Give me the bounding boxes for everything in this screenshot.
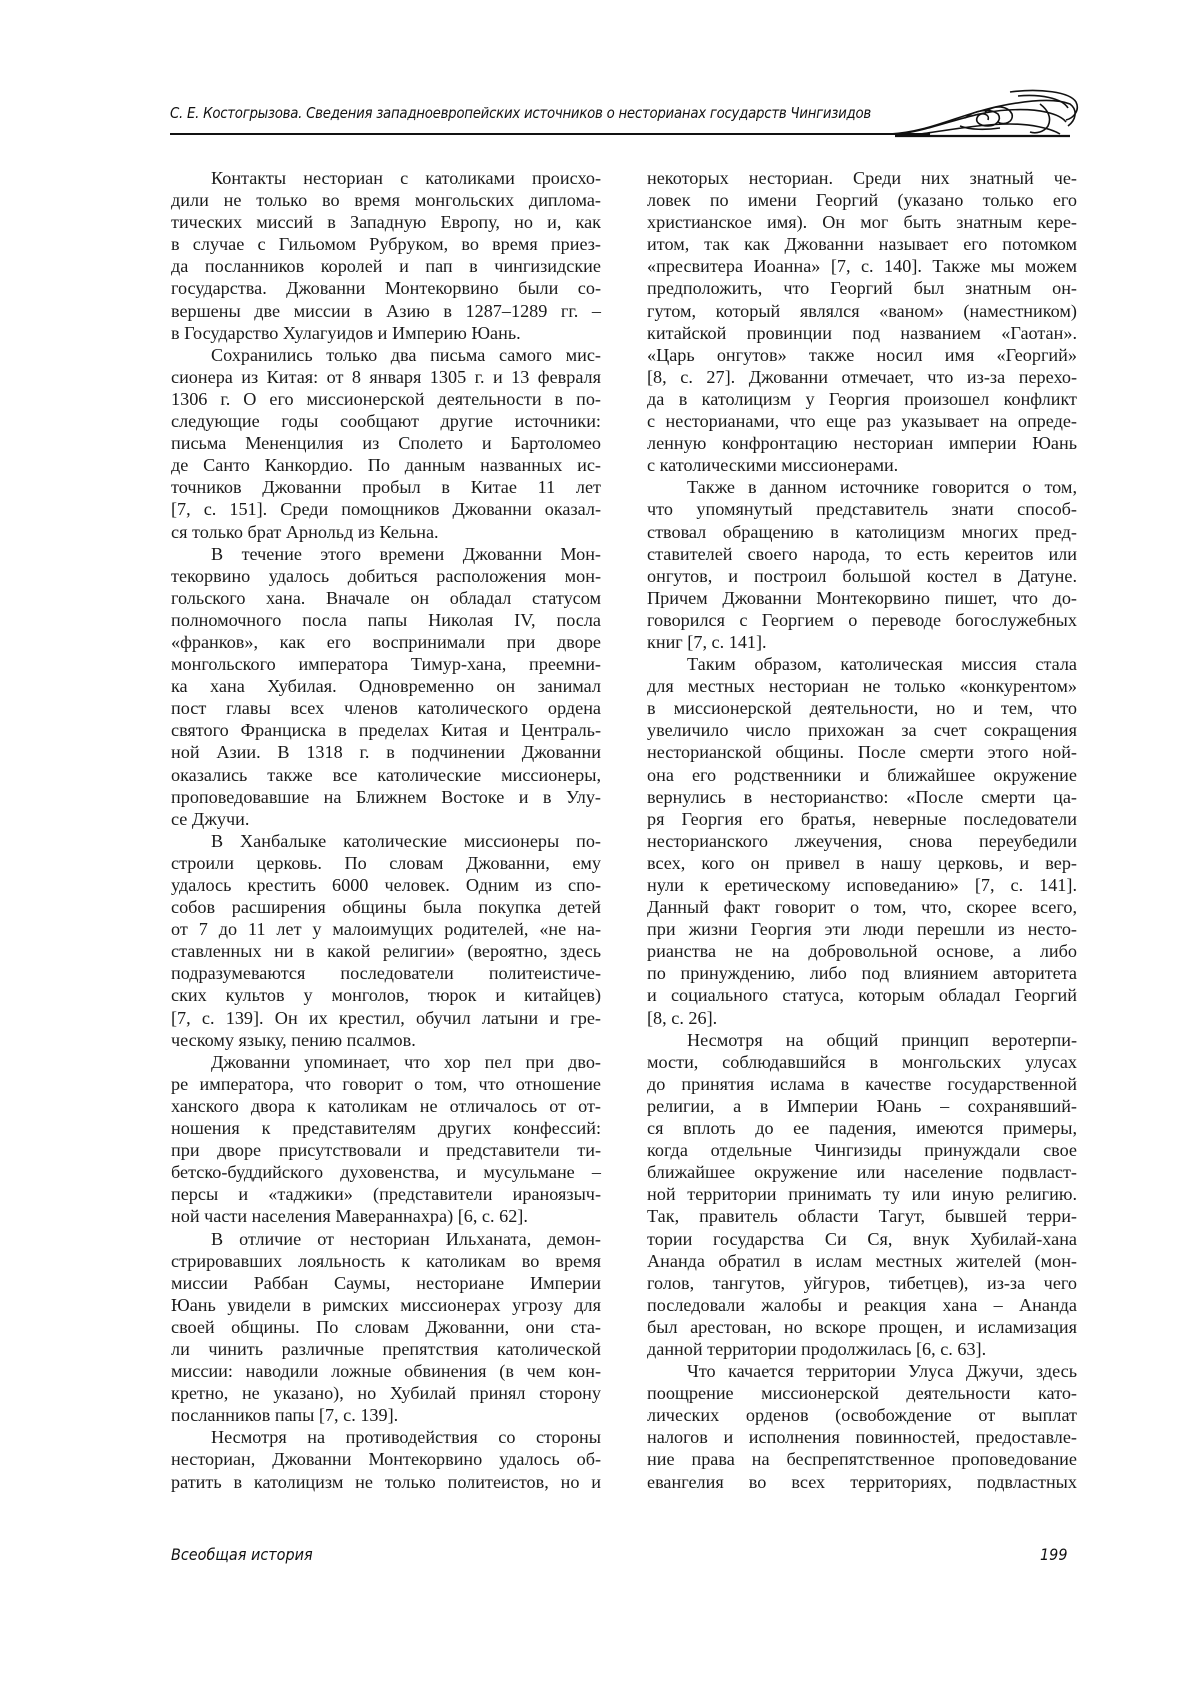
running-header: С. Е. Костогрызова. Сведения западноевро…	[170, 96, 1070, 136]
text-line: дили не только во время монгольских дипл…	[171, 189, 601, 211]
text-line: гольского хана. Вначале он обладал стату…	[171, 587, 601, 609]
text-line: ческому языку, пению псалмов.	[171, 1029, 601, 1051]
text-line: [7, с. 139]. Он их крестил, обучил латын…	[171, 1007, 601, 1029]
text-line: [8, с. 27]. Джованни отмечает, что из-за…	[647, 366, 1077, 388]
paragraph-first-line: Сохранились только два письма самого мис…	[171, 344, 601, 366]
text-line: несторианской общины. После смерти этого…	[647, 741, 1077, 763]
text-line: христианское имя). Он мог быть знатным к…	[647, 211, 1077, 233]
text-line: итом, так как Джованни называет его пото…	[647, 233, 1077, 255]
text-line: с несторианами, что еще раз указывает на…	[647, 410, 1077, 432]
text-line: вернулись в несторианство: «После смерти…	[647, 786, 1077, 808]
text-line: был арестован, но вскоре прощен, и ислам…	[647, 1316, 1077, 1338]
text-line: государства. Джованни Монтекорвино были …	[171, 277, 601, 299]
text-line: ря Георгия его братья, неверные последов…	[647, 808, 1077, 830]
paragraph-first-line: Также в данном источнике говорится о том…	[647, 476, 1077, 498]
text-line: несториан, Джованни Монтекорвино удалось…	[171, 1448, 601, 1470]
text-line: лических орденов (освобождение от выплат	[647, 1404, 1077, 1426]
paragraph-first-line: Контакты несториан с католиками происхо-	[171, 167, 601, 189]
text-line: святого Франциска в пределах Китая и Цен…	[171, 719, 601, 741]
text-line: сионера из Китая: от 8 января 1305 г. и …	[171, 366, 601, 388]
text-line: Данный факт говорит о том, что, скорее в…	[647, 896, 1077, 918]
text-line: миссии: наводили ложные обвинения (в чем…	[171, 1360, 601, 1382]
text-line: пост главы всех членов католического орд…	[171, 697, 601, 719]
text-line: последовали жалобы и реакция хана – Анан…	[647, 1294, 1077, 1316]
text-line: мости, соблюдавшийся в монгольских улуса…	[647, 1051, 1077, 1073]
text-line: се Джучи.	[171, 808, 601, 830]
text-line: удалось крестить 6000 человек. Одним из …	[171, 874, 601, 896]
text-line: в случае с Гильомом Рубруком, во время п…	[171, 233, 601, 255]
text-line: с католическими миссионерами.	[647, 454, 1077, 476]
text-line: Причем Джованни Монтекорвино пишет, что …	[647, 587, 1077, 609]
text-line: несторианского лжеучения, снова переубед…	[647, 830, 1077, 852]
paragraph-first-line: В течение этого времени Джованни Мон-	[171, 543, 601, 565]
text-line: ной Азии. В 1318 г. в подчинении Джованн…	[171, 741, 601, 763]
text-line: и социального статуса, которым обладал Г…	[647, 984, 1077, 1006]
text-line: увеличило число прихожан за счет сокраще…	[647, 719, 1077, 741]
text-line: ставленных ни в какой религии» (вероятно…	[171, 940, 601, 962]
paragraph-first-line: Несмотря на противодействия со стороны	[171, 1426, 601, 1448]
text-line: для местных несториан не только «конкуре…	[647, 675, 1077, 697]
paragraph-first-line: Таким образом, католическая миссия стала	[647, 653, 1077, 675]
text-line: [8, с. 26].	[647, 1007, 1077, 1029]
text-line: до принятия ислама в качестве государств…	[647, 1073, 1077, 1095]
text-line: от 7 до 11 лет у малоимущих родителей, «…	[171, 918, 601, 940]
text-line: Ананда обратил в ислам местных жителей (…	[647, 1250, 1077, 1272]
text-line: ствовал обращению в католицизм многих пр…	[647, 521, 1077, 543]
text-line: нули к еретическому исповеданию» [7, с. …	[647, 874, 1077, 896]
text-line: ближайшее окружение или население подвла…	[647, 1161, 1077, 1183]
text-line: ся только брат Арнольд из Кельна.	[171, 521, 601, 543]
text-line: говорился с Георгием о переводе богослуж…	[647, 609, 1077, 631]
text-line: ставителей своего народа, то есть кереит…	[647, 543, 1077, 565]
paragraph-first-line: Что качается территории Улуса Джучи, зде…	[647, 1360, 1077, 1382]
text-line: собов расширения общины была покупка дет…	[171, 896, 601, 918]
text-line: своей общины. По словам Джованни, они ст…	[171, 1316, 601, 1338]
text-line: ли чинить различные препятствия католиче…	[171, 1338, 601, 1360]
text-line: евангелия во всех территориях, подвластн…	[647, 1471, 1077, 1493]
text-line: данной территории продолжилась [6, с. 63…	[647, 1338, 1077, 1360]
text-line: ловек по имени Георгий (указано только е…	[647, 189, 1077, 211]
text-line: ной территории принимать ту или иную рел…	[647, 1183, 1077, 1205]
text-line: бетско-буддийского духовенства, и мусуль…	[171, 1161, 601, 1183]
text-line: ленную конфронтацию несториан империи Юа…	[647, 432, 1077, 454]
text-line: гутом, который являлся «ваном» (наместни…	[647, 300, 1077, 322]
text-column-left: Контакты несториан с католиками происхо-…	[171, 167, 601, 1493]
text-line: тории государства Си Ся, внук Хубилай-ха…	[647, 1228, 1077, 1250]
text-line: текорвино удалось добиться расположения …	[171, 565, 601, 587]
text-line: ся вплоть до ее падения, имеются примеры…	[647, 1117, 1077, 1139]
text-line: «пресвитера Иоанна» [7, с. 140]. Также м…	[647, 255, 1077, 277]
text-line: тических миссий в Западную Европу, но и,…	[171, 211, 601, 233]
text-line: поощрение миссионерской деятельности кат…	[647, 1382, 1077, 1404]
text-line: рианства не на добровольной основе, а ли…	[647, 940, 1077, 962]
journal-page: С. Е. Костогрызова. Сведения западноевро…	[0, 0, 1200, 1697]
text-column-right: некоторых несториан. Среди них знатный ч…	[647, 167, 1077, 1493]
paragraph-first-line: В Ханбалыке католические миссионеры по-	[171, 830, 601, 852]
text-line: вершены две миссии в Азию в 1287–1289 гг…	[171, 300, 601, 322]
text-line: персы и «таджики» (представители иранояз…	[171, 1183, 601, 1205]
text-line: кретно, не указано), но Хубилай принял с…	[171, 1382, 601, 1404]
art-nouveau-ornament-icon	[890, 84, 1080, 138]
text-line: ношения к представителям других конфесси…	[171, 1117, 601, 1139]
journal-name: Всеобщая история	[171, 1545, 313, 1564]
text-line: религии, а в Империи Юань – сохранявший-	[647, 1095, 1077, 1117]
text-line: де Санто Канкордио. По данным названных …	[171, 454, 601, 476]
text-line: 1306 г. О его миссионерской деятельности…	[171, 388, 601, 410]
text-line: полномочного посла папы Николая IV, посл…	[171, 609, 601, 631]
text-line: при жизни Георгия эти люди перешли из не…	[647, 918, 1077, 940]
text-line: некоторых несториан. Среди них знатный ч…	[647, 167, 1077, 189]
text-line: оказались также все католические миссион…	[171, 764, 601, 786]
text-line: проповедовавшие на Ближнем Востоке и в У…	[171, 786, 601, 808]
text-line: подразумеваются последователи политеисти…	[171, 962, 601, 984]
text-line: ние права на беспрепятственное проповедо…	[647, 1448, 1077, 1470]
text-line: строили церковь. По словам Джованни, ему	[171, 852, 601, 874]
text-line: всех, кого он привел в нашу церковь, и в…	[647, 852, 1077, 874]
text-line: в миссионерской деятельности, но и тем, …	[647, 697, 1077, 719]
text-line: когда отдельные Чингизиды принуждали сво…	[647, 1139, 1077, 1161]
text-line: точников Джованни пробыл в Китае 11 лет	[171, 476, 601, 498]
text-line: налогов и исполнения повинностей, предос…	[647, 1426, 1077, 1448]
text-line: ханского двора к католикам не отличалось…	[171, 1095, 601, 1117]
text-line: письма Мененцилия из Сполето и Бартоломе…	[171, 432, 601, 454]
text-line: «франков», как его воспринимали при двор…	[171, 631, 601, 653]
text-line: монгольского императора Тимур-хана, прее…	[171, 653, 601, 675]
text-line: да посланников королей и пап в чингизидс…	[171, 255, 601, 277]
text-line: ратить в католицизм не только политеисто…	[171, 1471, 601, 1493]
text-line: ка хана Хубилая. Одновременно он занимал	[171, 675, 601, 697]
text-line: книг [7, с. 141].	[647, 631, 1077, 653]
text-line: следующие годы сообщают другие источники…	[171, 410, 601, 432]
text-line: по принуждению, либо под влиянием автори…	[647, 962, 1077, 984]
text-line: она его родственники и ближайшее окружен…	[647, 764, 1077, 786]
paragraph-first-line: Несмотря на общий принцип веротерпи-	[647, 1029, 1077, 1051]
text-line: голов, тангутов, уйгуров, тибетцев), из-…	[647, 1272, 1077, 1294]
text-line: ре императора, что говорит о том, что от…	[171, 1073, 601, 1095]
paragraph-first-line: В отличие от несториан Ильханата, демон-	[171, 1228, 601, 1250]
paragraph-first-line: Джованни упоминает, что хор пел при дво-	[171, 1051, 601, 1073]
text-line: онгутов, и построил большой костел в Дат…	[647, 565, 1077, 587]
text-line: «Царь онгутов» также носил имя «Георгий»	[647, 344, 1077, 366]
text-line: предположить, что Георгий был знатным он…	[647, 277, 1077, 299]
text-line: миссии Раббан Саумы, несториане Империи	[171, 1272, 601, 1294]
text-line: стрировавших лояльность к католикам во в…	[171, 1250, 601, 1272]
text-line: Юань увидели в римских миссионерах угроз…	[171, 1294, 601, 1316]
running-title: С. Е. Костогрызова. Сведения западноевро…	[170, 104, 871, 122]
text-line: в Государство Хулагуидов и Империю Юань.	[171, 322, 601, 344]
text-line: да в католицизм у Георгия произошел конф…	[647, 388, 1077, 410]
text-line: посланников папы [7, с. 139].	[171, 1404, 601, 1426]
text-line: ских культов у монголов, тюрок и китайце…	[171, 984, 601, 1006]
text-line: [7, с. 151]. Среди помощников Джованни о…	[171, 498, 601, 520]
header-rule	[170, 133, 930, 135]
text-line: китайской провинции под названием «Гаота…	[647, 322, 1077, 344]
text-line: Так, правитель области Тагут, бывшей тер…	[647, 1205, 1077, 1227]
text-line: при дворе присутствовали и представители…	[171, 1139, 601, 1161]
text-line: что упомянутый представитель знати спосо…	[647, 498, 1077, 520]
text-line: ной части населения Мавераннахра) [6, с.…	[171, 1205, 601, 1227]
page-number: 199	[1040, 1545, 1067, 1564]
